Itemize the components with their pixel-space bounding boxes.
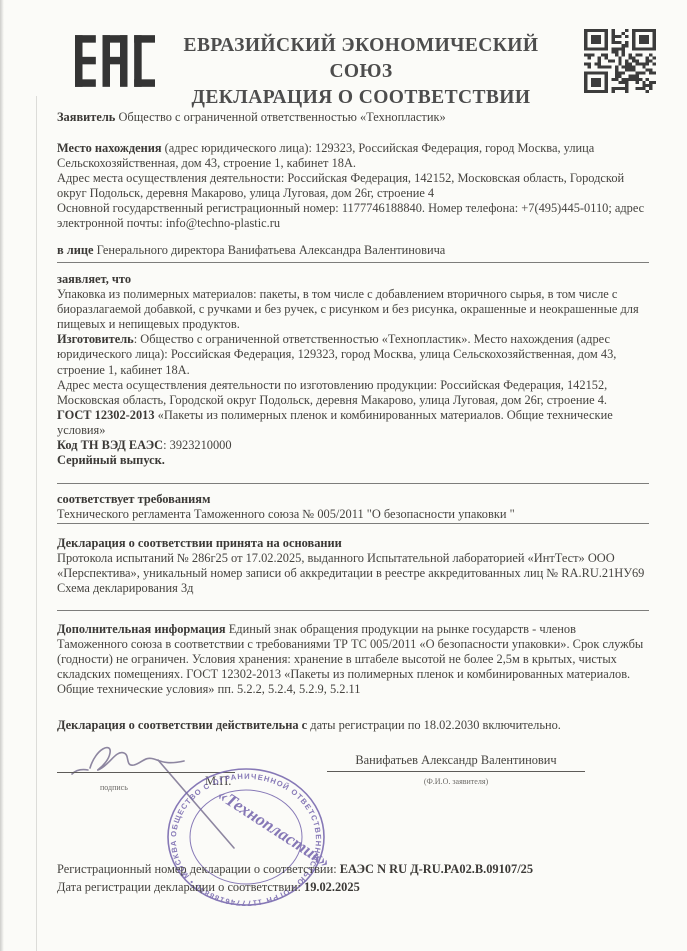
serial-line: Серийный выпуск. bbox=[57, 453, 649, 468]
declarant-name-caption: (Ф.И.О. заявителя) bbox=[327, 774, 585, 789]
compliance-block: соответствует требованиям Технического р… bbox=[57, 492, 649, 522]
scan-artifact-line bbox=[36, 96, 37, 951]
location-label: Место нахождения bbox=[57, 141, 162, 155]
declares-block: заявляет, что Упаковка из полимерных мат… bbox=[57, 272, 649, 468]
registration-date: 19.02.2025 bbox=[304, 880, 360, 894]
additional-info-block: Дополнительная информация Единый знак об… bbox=[57, 622, 649, 697]
section-divider bbox=[57, 262, 649, 263]
activity-address: Адрес места осуществления деятельности: … bbox=[57, 171, 649, 201]
applicant-value: Общество с ограниченной ответственностью… bbox=[115, 110, 445, 124]
registration-number-line: Регистрационный номер декларации о соотв… bbox=[57, 862, 649, 877]
basis-block: Декларация о соответствии принята на осн… bbox=[57, 536, 649, 596]
legal-address: Место нахождения (адрес юридического лиц… bbox=[57, 141, 649, 171]
tnved-line: Код ТН ВЭД ЕАЭС: 3923210000 bbox=[57, 438, 649, 453]
additional-info-label: Дополнительная информация bbox=[57, 622, 226, 636]
declaration-scheme: Схема декларирования 3д bbox=[57, 581, 649, 596]
declaration-document: ЕВРАЗИЙСКИЙ ЭКОНОМИЧЕСКИЙ СОЮЗ ДЕКЛАРАЦИ… bbox=[0, 0, 687, 951]
test-protocol: Протокола испытаний № 286г25 от 17.02.20… bbox=[57, 551, 649, 581]
validity-line: Декларация о соответствии действительна … bbox=[57, 718, 649, 733]
section-divider bbox=[57, 523, 649, 524]
product-description: Упаковка из полимерных материалов: пакет… bbox=[57, 287, 649, 332]
gost-line: ГОСТ 12302-2013 «Пакеты из полимерных пл… bbox=[57, 408, 649, 438]
section-divider bbox=[57, 483, 649, 484]
declares-label: заявляет, что bbox=[57, 272, 131, 286]
document-header-title: ЕВРАЗИЙСКИЙ ЭКОНОМИЧЕСКИЙ СОЮЗ ДЕКЛАРАЦИ… bbox=[162, 33, 560, 111]
manufacturer-line: Изготовитель: Общество с ограниченной от… bbox=[57, 332, 649, 377]
declarant-name-block: Ванифатьев Александр Валентинович (Ф.И.О… bbox=[327, 753, 585, 789]
union-title: ЕВРАЗИЙСКИЙ ЭКОНОМИЧЕСКИЙ СОЮЗ bbox=[162, 33, 560, 85]
applicant-line: Заявитель Общество с ограниченной ответс… bbox=[57, 110, 649, 125]
declarant-name: Ванифатьев Александр Валентинович bbox=[327, 753, 585, 772]
eac-logo-icon bbox=[75, 31, 155, 91]
location-block: Место нахождения (адрес юридического лиц… bbox=[57, 141, 649, 232]
ogrn-contacts: Основной государственный регистрационный… bbox=[57, 201, 649, 231]
section-divider bbox=[57, 610, 649, 611]
registration-number: ЕАЭС N RU Д-RU.PA02.B.09107/25 bbox=[340, 862, 533, 876]
registration-date-line: Дата регистрации декларации о соответств… bbox=[57, 880, 649, 895]
scan-edge-shadow bbox=[0, 0, 4, 951]
basis-label: Декларация о соответствии принята на осн… bbox=[57, 536, 342, 550]
qr-code bbox=[584, 29, 656, 93]
manufacturing-address: Адрес места осуществления деятельности п… bbox=[57, 378, 649, 408]
doc-title: ДЕКЛАРАЦИЯ О СООТВЕТСТВИИ bbox=[162, 85, 560, 111]
validity-label: Декларация о соответствии действительна … bbox=[57, 718, 307, 732]
compliance-label: соответствует требованиям bbox=[57, 492, 210, 506]
compliance-value: Технического регламента Таможенного союз… bbox=[57, 507, 649, 522]
representative-label: в лице bbox=[57, 243, 94, 257]
applicant-label: Заявитель bbox=[57, 110, 115, 124]
representative-line: в лице Генерального директора Ванифатьев… bbox=[57, 243, 649, 258]
signature-caption: подпись bbox=[100, 780, 128, 795]
